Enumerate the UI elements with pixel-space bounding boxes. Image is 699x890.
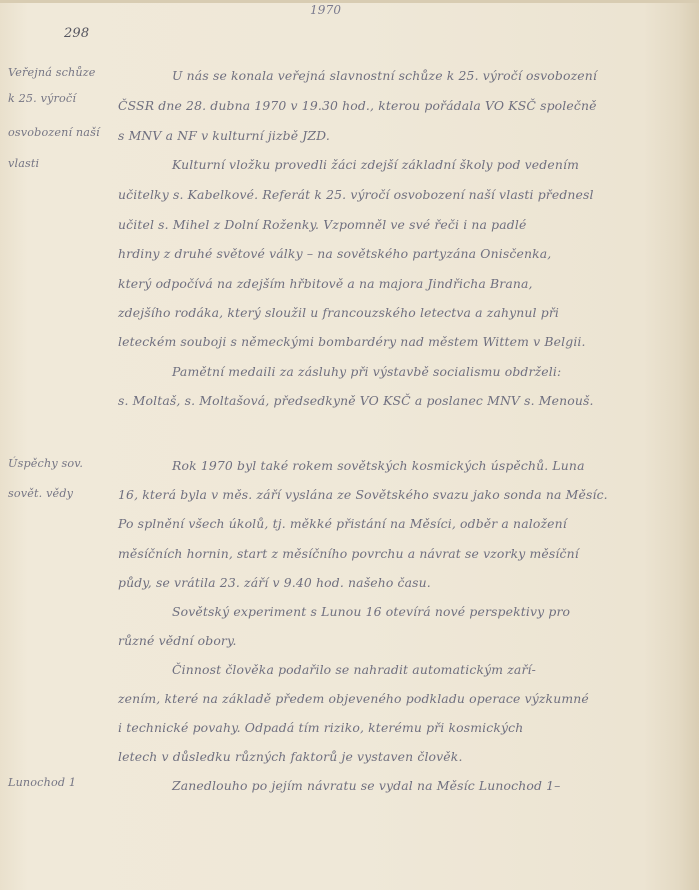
text-line: Kulturní vložku provedli žáci zdejší zák… xyxy=(172,157,579,172)
text-line: měsíčních hornin, start z měsíčního povr… xyxy=(118,546,579,561)
text-line: který odpočívá na zdejším hřbitově a na … xyxy=(118,276,533,291)
text-line: U nás se konala veřejná slavnostní schůz… xyxy=(172,68,597,83)
text-line: leteckém souboji s německými bombardéry … xyxy=(118,334,586,349)
text-line: Pamětní medaili za zásluhy při výstavbě … xyxy=(172,364,561,379)
text-line: různé vědní obory. xyxy=(118,633,237,648)
text-line: Rok 1970 byl také rokem sovětských kosmi… xyxy=(172,458,585,473)
chronicle-page: 1970 298 Veřejná schůze k 25. výročí osv… xyxy=(0,0,699,890)
page-number: 298 xyxy=(64,26,89,41)
margin-note-line: vlasti xyxy=(8,157,39,170)
text-line: Činnost člověka podařilo se nahradit aut… xyxy=(172,662,536,677)
text-line: učitelky s. Kabelkové. Referát k 25. výr… xyxy=(118,187,594,202)
margin-note-line: k 25. výročí xyxy=(8,92,76,105)
margin-note-line: osvobození naší xyxy=(8,126,100,139)
text-line: zdejšího rodáka, který sloužil u francou… xyxy=(118,305,559,320)
text-line: s. Moltaš, s. Moltašová, předsedkyně VO … xyxy=(118,393,594,408)
margin-note-line: sovět. vědy xyxy=(8,487,73,500)
page-year: 1970 xyxy=(310,3,341,17)
text-line: s MNV a NF v kulturní jizbě JZD. xyxy=(118,128,330,143)
text-line: i technické povahy. Odpadá tím riziko, k… xyxy=(118,720,523,735)
text-line: ČSSR dne 28. dubna 1970 v 19.30 hod., kt… xyxy=(118,98,597,113)
text-line: Zanedlouho po jejím návratu se vydal na … xyxy=(172,778,561,793)
text-line: Sovětský experiment s Lunou 16 otevírá n… xyxy=(172,604,570,619)
text-line: hrdiny z druhé světové války – na sověts… xyxy=(118,246,551,261)
text-line: Po splnění všech úkolů, tj. měkké přistá… xyxy=(118,516,567,531)
text-line: učitel s. Mihel z Dolní Roženky. Vzpomně… xyxy=(118,217,526,232)
text-line: zením, které na základě předem objevenéh… xyxy=(118,691,589,706)
text-line: půdy, se vrátila 23. září v 9.40 hod. na… xyxy=(118,575,431,590)
text-line: letech v důsledku různých faktorů je vys… xyxy=(118,749,463,764)
margin-note-line: Lunochod 1 xyxy=(8,776,76,789)
text-line: 16, která byla v měs. září vyslána ze So… xyxy=(118,487,608,502)
margin-note-line: Úspěchy sov. xyxy=(8,457,83,470)
margin-note-line: Veřejná schůze xyxy=(8,66,96,79)
